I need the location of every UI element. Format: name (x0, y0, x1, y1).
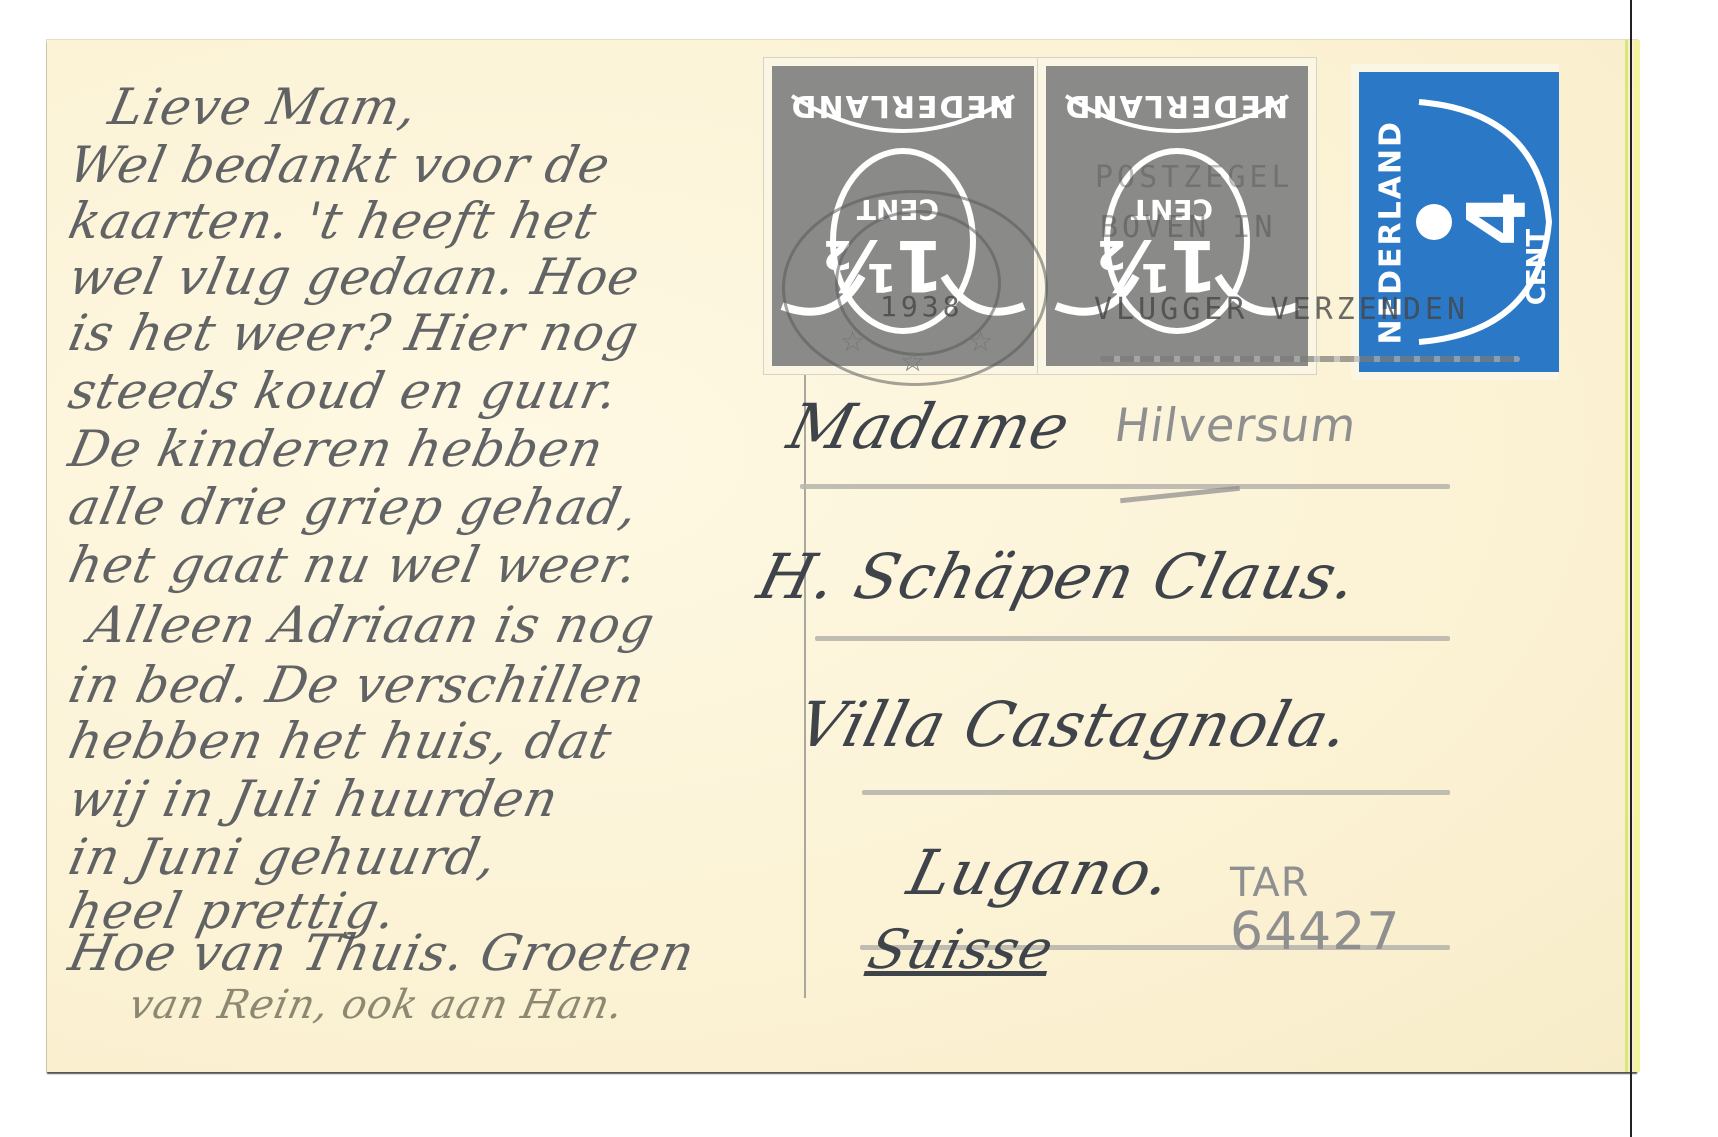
message-line: Wel bedankt voor de (65, 140, 615, 190)
address-rule (815, 636, 1450, 641)
postmark-star-icon: ☆ (900, 345, 925, 378)
message-line: het gaat nu wel weer. (65, 540, 643, 590)
address-line-1: Madame (781, 390, 1078, 463)
address-line-4: Lugano. (901, 836, 1180, 909)
message-line: Hoe van Thuis. Groeten (65, 928, 700, 978)
message-line: wij in Juli huurden (65, 774, 563, 824)
message-line: wel vlug gedaan. Hoe (65, 252, 645, 302)
message-line: van Rein, ook aan Han. (125, 980, 629, 1030)
address-rule (800, 484, 1450, 489)
pencil-ref-number: 64427 (1230, 902, 1400, 962)
message-line: Lieve Mam, (105, 82, 422, 132)
cancel-wavy-line (1100, 356, 1520, 362)
bird-emblem-icon (1359, 72, 1559, 372)
message-line: steeds koud en guur. (65, 366, 623, 416)
scan-artifact-strip (1625, 40, 1628, 1072)
cancel-slogan-line3: VLUGGER VERZENDEN (1094, 292, 1469, 327)
scan-artifact-line (1630, 0, 1632, 1137)
message-line: in bed. De verschillen (65, 660, 650, 710)
message-line: alle drie griep gehad, (65, 482, 643, 532)
address-line-3: Villa Castagnola. (791, 688, 1358, 761)
pencil-ref-code: TAR (1230, 860, 1309, 906)
postmark-year: 1938 (880, 290, 963, 323)
message-line: kaarten. 't heeft het (65, 196, 602, 246)
message-line: is het weer? Hier nog (65, 308, 644, 358)
postmark-star-icon: ☆ (968, 325, 993, 358)
pencil-origin-note: Hilversum (1111, 398, 1360, 452)
scan-artifact-strip (1634, 40, 1640, 1072)
postmark-star-icon: ☆ (840, 325, 865, 358)
stamp-4-cent-blue: NEDERLAND 4 CENT (1351, 64, 1559, 380)
cancel-slogan-line2: BOVEN IN (1100, 210, 1277, 245)
cancel-slogan-line1: POSTZEGEL (1095, 160, 1294, 195)
message-line: in Juni gehuurd, (65, 832, 502, 882)
message-line: De kinderen hebben (65, 424, 608, 474)
message-line: hebben het huis, dat (65, 716, 617, 766)
address-line-2: H. Schäpen Claus. (751, 540, 1365, 613)
address-line-5: Suisse (862, 918, 1060, 981)
message-line: Alleen Adriaan is nog (85, 600, 660, 650)
address-rule (862, 790, 1450, 795)
